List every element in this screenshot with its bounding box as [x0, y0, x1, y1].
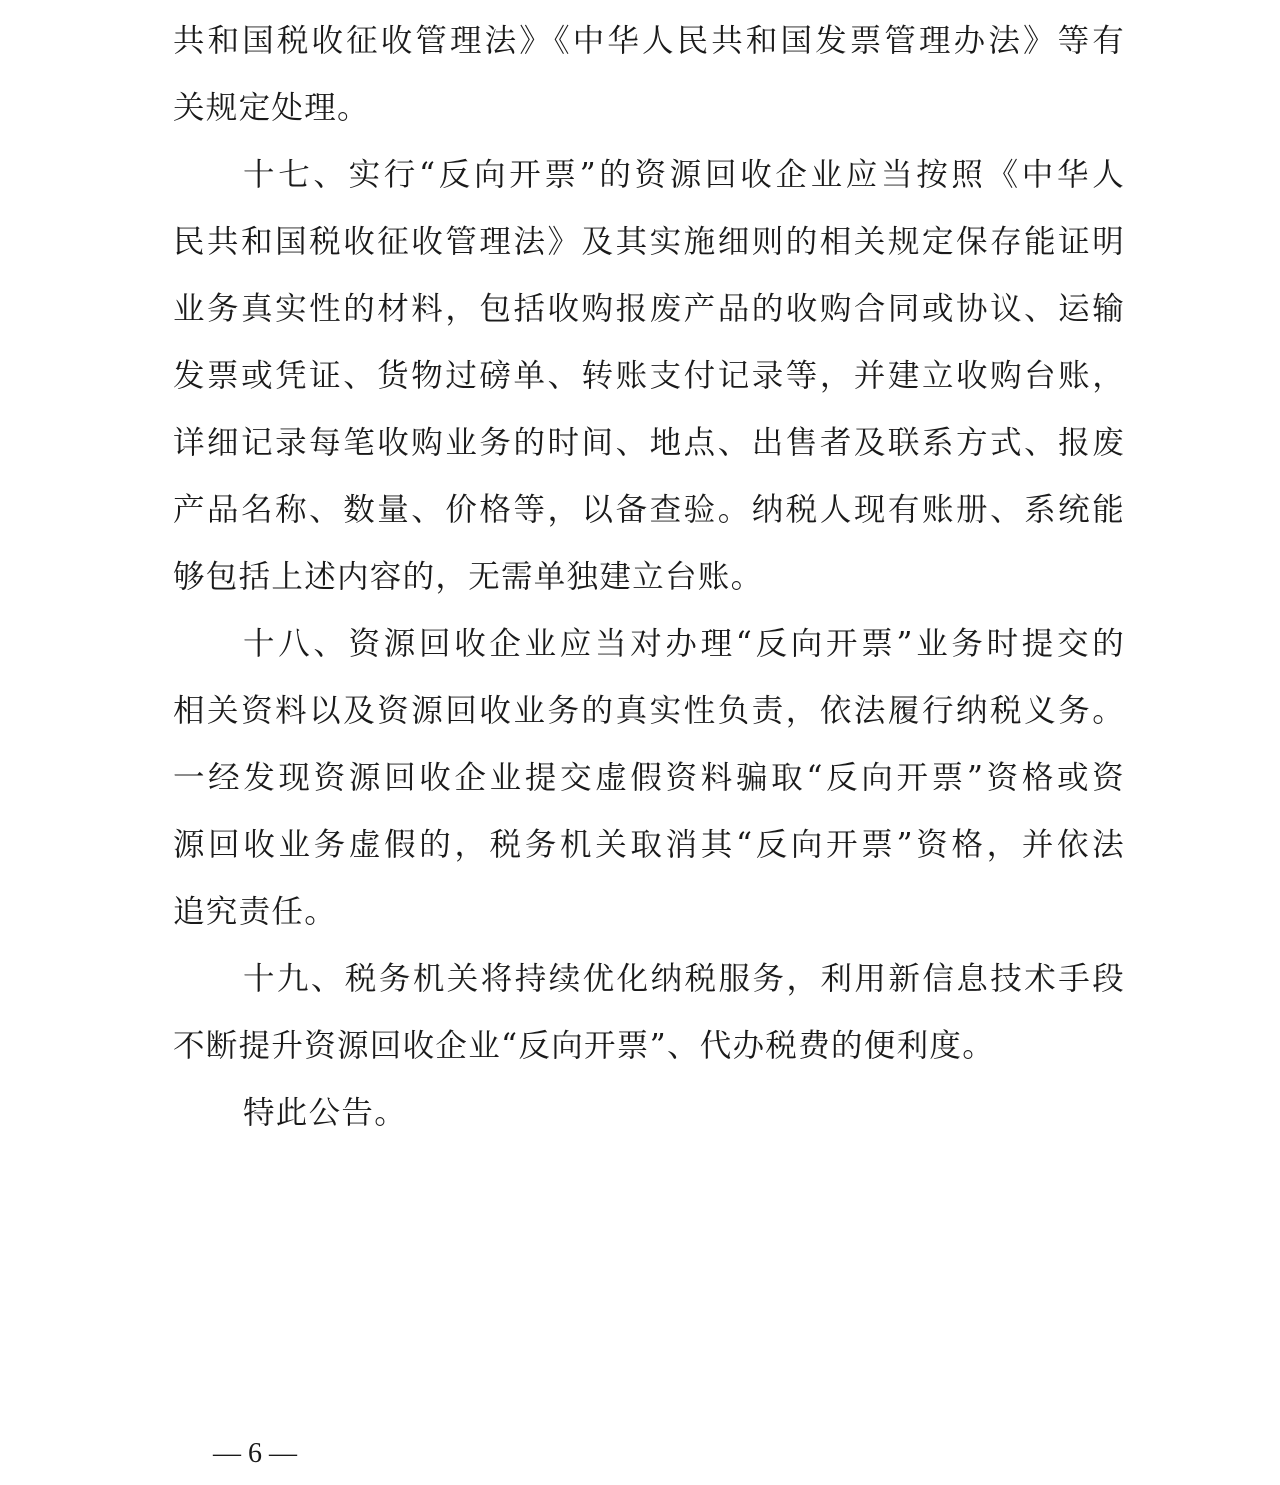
text-line: 够包括上述内容的，无需单独建立台账。 [173, 557, 1125, 597]
text-line: 详细记录每笔收购业务的时间、地点、出售者及联系方式、报废 [173, 423, 1125, 463]
text-line: 相关资料以及资源回收业务的真实性负责，依法履行纳税义务。 [173, 691, 1125, 731]
text-line: 不断提升资源回收企业“反向开票”、代办税费的便利度。 [173, 1026, 1125, 1066]
text-line: 民共和国税收征收管理法》及其实施细则的相关规定保存能证明 [173, 222, 1125, 262]
text-line: 关规定处理。 [173, 88, 1125, 128]
page-number: — 6 — [213, 1434, 297, 1474]
text-line: 发票或凭证、货物过磅单、转账支付记录等，并建立收购台账， [173, 356, 1125, 396]
text-line: 追究责任。 [173, 892, 1125, 932]
text-line: 业务真实性的材料，包括收购报废产品的收购合同或协议、运输 [173, 289, 1125, 329]
text-line: 源回收业务虚假的，税务机关取消其“反向开票”资格，并依法 [173, 825, 1125, 865]
text-line: 产品名称、数量、价格等，以备查验。纳税人现有账册、系统能 [173, 490, 1125, 530]
text-line: 共和国税收征收管理法》《中华人民共和国发票管理办法》等有 [173, 21, 1125, 61]
article-17-heading-line: 十七、实行“反向开票”的资源回收企业应当按照《中华人 [243, 155, 1125, 195]
article-19-heading-line: 十九、税务机关将持续优化纳税服务，利用新信息技术手段 [243, 959, 1125, 999]
text-line: 一经发现资源回收企业提交虚假资料骗取“反向开票”资格或资 [173, 758, 1125, 798]
article-18-heading-line: 十八、资源回收企业应当对办理“反向开票”业务时提交的 [243, 624, 1125, 664]
closing-statement: 特此公告。 [243, 1093, 1125, 1133]
document-page: 共和国税收征收管理法》《中华人民共和国发票管理办法》等有 关规定处理。 十七、实… [0, 0, 1280, 1485]
